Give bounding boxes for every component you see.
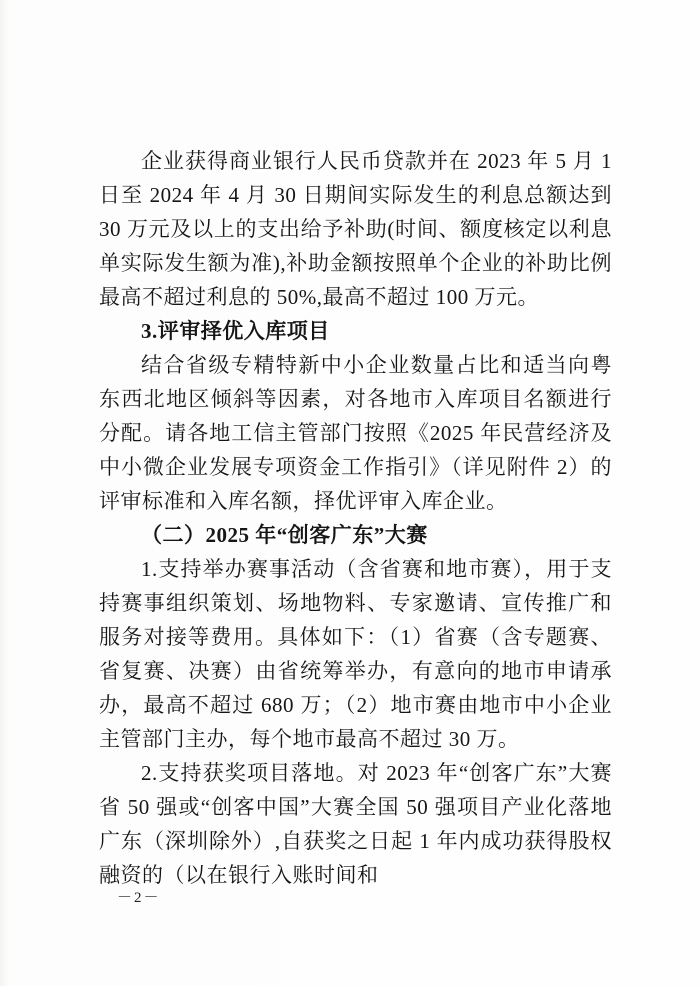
paragraph-quota-allocation: 结合省级专精特新中小企业数量占比和适当向粤东西北地区倾斜等因素，对各地市入库项目… — [99, 348, 612, 518]
heading-review-selection-projects: 3.评审择优入库项目 — [99, 314, 612, 348]
paragraph-loan-interest-subsidy: 企业获得商业银行人民币贷款并在 2023 年 5 月 1 日至 2024 年 4… — [99, 144, 612, 314]
document-page: 企业获得商业银行人民币贷款并在 2023 年 5 月 1 日至 2024 年 4… — [0, 0, 700, 986]
paragraph-award-project-landing: 2.支持获奖项目落地。对 2023 年“创客广东”大赛省 50 强或“创客中国”… — [99, 756, 612, 892]
document-body: 企业获得商业银行人民币贷款并在 2023 年 5 月 1 日至 2024 年 4… — [99, 144, 612, 892]
heading-maker-guangdong-competition: （二）2025 年“创客广东”大赛 — [99, 518, 612, 552]
paragraph-competition-event-support: 1.支持举办赛事活动（含省赛和地市赛），用于支持赛事组织策划、场地物料、专家邀请… — [99, 552, 612, 756]
page-number: －2－ — [117, 886, 161, 907]
